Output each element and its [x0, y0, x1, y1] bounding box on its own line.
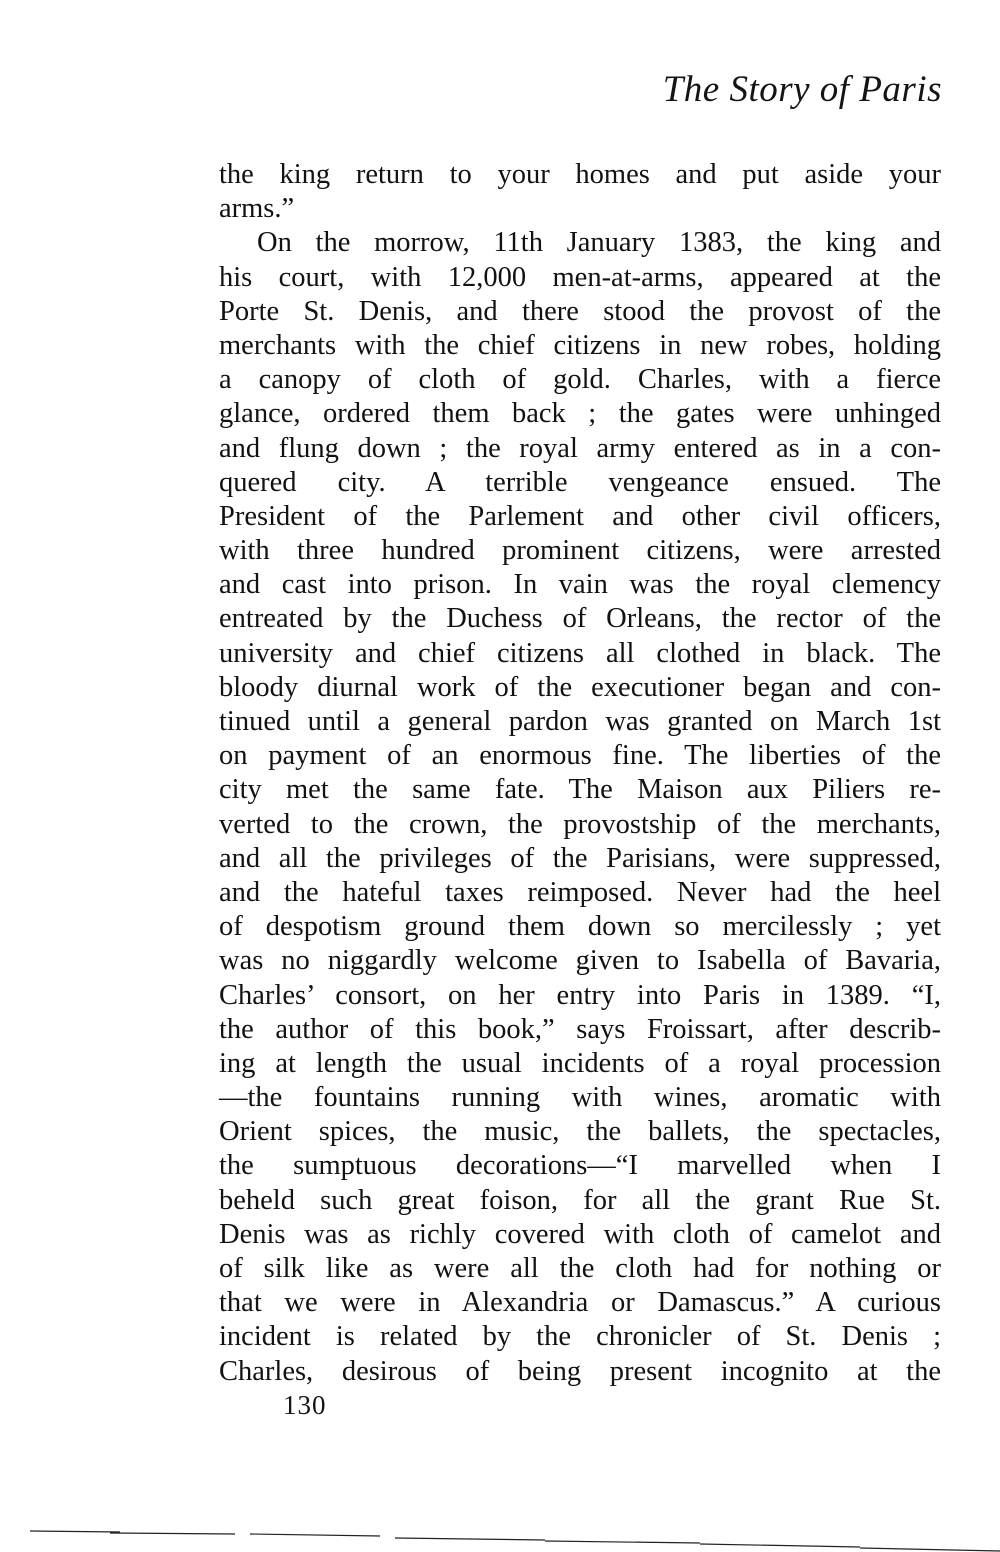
text-line: of silk like as were all the cloth had f…	[219, 1252, 941, 1286]
text-line: and the hateful taxes reimposed. Never h…	[219, 876, 941, 910]
text-line: bloody diurnal work of the executioner b…	[219, 671, 941, 705]
text-line: city met the same fate. The Maison aux P…	[219, 773, 941, 807]
text-line: beheld such great foison, for all the gr…	[219, 1184, 941, 1218]
text-line: his court, with 12,000 men-at-arms, appe…	[219, 261, 941, 295]
text-line: Charles, desirous of being present incog…	[219, 1355, 941, 1389]
text-line: tinued until a general pardon was grante…	[219, 705, 941, 739]
text-line: with three hundred prominent citizens, w…	[219, 534, 941, 568]
text-line: Charles’ consort, on her entry into Pari…	[219, 979, 941, 1013]
text-line: the sumptuous decorations—“I marvelled w…	[219, 1149, 941, 1183]
text-line: quered city. A terrible vengeance ensued…	[219, 466, 941, 500]
scan-edge-line	[0, 1520, 1000, 1552]
text-line: entreated by the Duchess of Orleans, the…	[219, 602, 941, 636]
text-line: President of the Parlement and other civ…	[219, 500, 941, 534]
text-line: verted to the crown, the provostship of …	[219, 808, 941, 842]
text-line: On the morrow, 11th January 1383, the ki…	[219, 226, 941, 260]
text-line: was no niggardly welcome given to Isabel…	[219, 944, 941, 978]
text-line: Denis was as richly covered with cloth o…	[219, 1218, 941, 1252]
page-number: 130	[283, 1390, 327, 1421]
text-line: glance, ordered them back ; the gates we…	[219, 397, 941, 431]
text-line: of despotism ground them down so mercile…	[219, 910, 941, 944]
text-line: and cast into prison. In vain was the ro…	[219, 568, 941, 602]
text-line: a canopy of cloth of gold. Charles, with…	[219, 363, 941, 397]
running-head: The Story of Paris	[663, 68, 942, 111]
text-line: incident is related by the chronicler of…	[219, 1320, 941, 1354]
body-text: the king return to your homes and put as…	[219, 158, 941, 1389]
text-line: ing at length the usual incidents of a r…	[219, 1047, 941, 1081]
text-line: Porte St. Denis, and there stood the pro…	[219, 295, 941, 329]
text-line: the author of this book,” says Froissart…	[219, 1013, 941, 1047]
text-line: arms.”	[219, 192, 941, 226]
text-line: that we were in Alexandria or Damascus.”…	[219, 1286, 941, 1320]
text-line: and flung down ; the royal army entered …	[219, 432, 941, 466]
text-line: on payment of an enormous fine. The libe…	[219, 739, 941, 773]
text-line: and all the privileges of the Parisians,…	[219, 842, 941, 876]
text-line: university and chief citizens all clothe…	[219, 637, 941, 671]
text-line: Orient spices, the music, the ballets, t…	[219, 1115, 941, 1149]
text-line: —the fountains running with wines, aroma…	[219, 1081, 941, 1115]
text-line: merchants with the chief citizens in new…	[219, 329, 941, 363]
text-line: the king return to your homes and put as…	[219, 158, 941, 192]
